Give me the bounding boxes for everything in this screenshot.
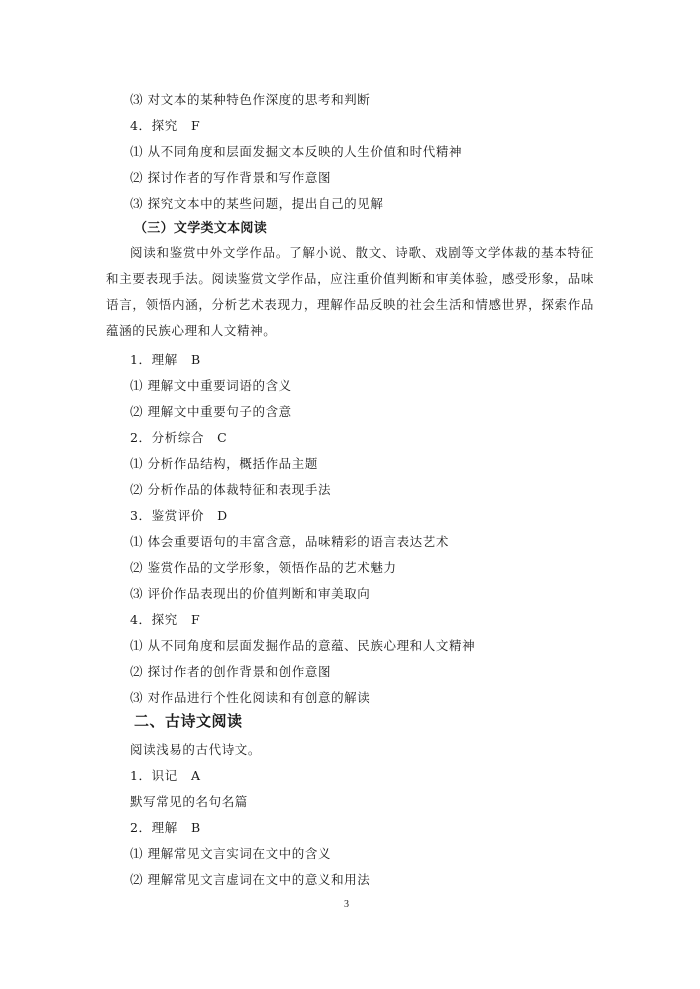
page-number: 3: [344, 899, 349, 910]
item-text: ⑵ 分析作品的体裁特征和表现手法: [130, 482, 331, 498]
item-text: ⑴ 理解常见文言实词在文中的含义: [130, 846, 331, 862]
numbered-heading: 3．鉴赏评价 D: [130, 508, 228, 524]
section-paragraph: 阅读和鉴赏中外文学作品。了解小说、散文、诗歌、戏剧等文学体裁的基本特征和主要表现…: [106, 240, 594, 344]
item-text: ⑵ 理解常见文言虚词在文中的意义和用法: [130, 872, 370, 888]
numbered-heading: 2．分析综合 C: [130, 430, 227, 446]
item-text: ⑵ 探讨作者的写作背景和写作意图: [130, 170, 331, 186]
numbered-heading: 2．理解 B: [130, 820, 201, 836]
item-text: ⑶ 探究文本中的某些问题，提出自己的见解: [130, 196, 383, 212]
item-text: ⑴ 从不同角度和层面发掘文本反映的人生价值和时代精神: [130, 144, 462, 160]
item-text: ⑵ 探讨作者的创作背景和创作意图: [130, 664, 331, 680]
item-text: ⑶ 对文本的某种特色作深度的思考和判断: [130, 92, 370, 108]
numbered-heading: 1．识记 A: [130, 768, 201, 784]
item-text: ⑵ 理解文中重要句子的含意: [130, 404, 292, 420]
paragraph-text: 默写常见的名句名篇: [130, 794, 248, 810]
paragraph-text: 阅读浅易的古代诗文。: [130, 742, 261, 758]
item-text: ⑴ 从不同角度和层面发掘作品的意蕴、民族心理和人文精神: [130, 638, 475, 654]
section-heading-literary: （三）文学类文本阅读: [134, 221, 267, 237]
numbered-heading: 1．理解 B: [130, 352, 201, 368]
item-text: ⑵ 鉴赏作品的文学形象，领悟作品的艺术魅力: [130, 560, 397, 576]
document-page: ⑶ 对文本的某种特色作深度的思考和判断 4．探究 F ⑴ 从不同角度和层面发掘文…: [0, 0, 700, 989]
item-text: ⑶ 对作品进行个性化阅读和有创意的解读: [130, 690, 370, 706]
item-text: ⑴ 体会重要语句的丰富含意，品味精彩的语言表达艺术: [130, 534, 449, 550]
item-text: ⑴ 理解文中重要词语的含义: [130, 378, 292, 394]
numbered-heading: 4．探究 F: [130, 118, 200, 134]
item-text: ⑶ 评价作品表现出的价值判断和审美取向: [130, 586, 370, 602]
section-heading-classical: 二、古诗文阅读: [134, 713, 243, 729]
numbered-heading: 4．探究 F: [130, 612, 200, 628]
item-text: ⑴ 分析作品结构，概括作品主题: [130, 456, 318, 472]
